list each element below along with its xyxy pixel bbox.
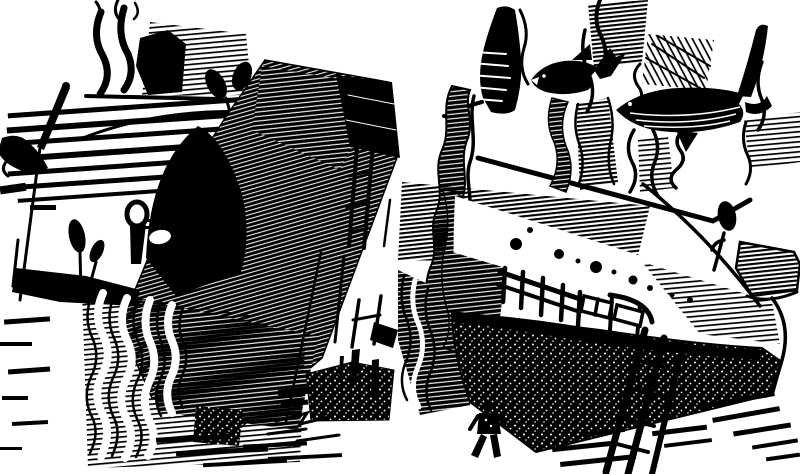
fish-small-eye bbox=[542, 74, 546, 78]
diver-head bbox=[483, 401, 494, 412]
illustration-canvas: Sunken ships on the seabed bbox=[0, 0, 800, 474]
ring-shackle bbox=[127, 202, 147, 226]
underwater-shipwreck-illustration: Sunken ships on the seabed bbox=[0, 0, 800, 474]
fish-large-eye bbox=[628, 102, 632, 106]
